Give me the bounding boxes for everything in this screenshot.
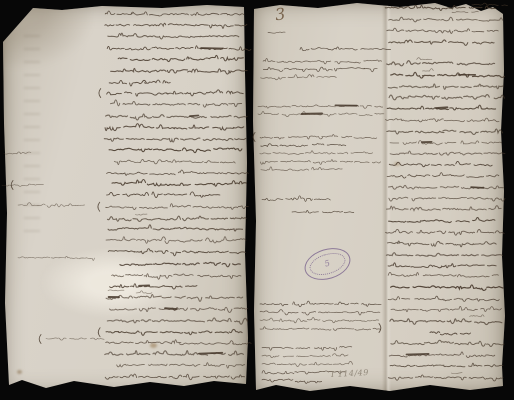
right-page bbox=[252, 1, 506, 394]
manuscript-photo: 3 5 I 114/49 bbox=[0, 0, 514, 400]
foxing-spot bbox=[394, 162, 400, 166]
ink-showthrough-marks bbox=[24, 35, 40, 240]
vertical-fold-crease bbox=[382, 1, 391, 394]
foxing-spot bbox=[150, 343, 157, 348]
corner-smudge-stain bbox=[0, 0, 91, 67]
page-number: 3 bbox=[274, 3, 296, 25]
light-water-stain bbox=[42, 248, 182, 318]
foxing-spot bbox=[17, 370, 22, 374]
left-page bbox=[2, 3, 248, 395]
